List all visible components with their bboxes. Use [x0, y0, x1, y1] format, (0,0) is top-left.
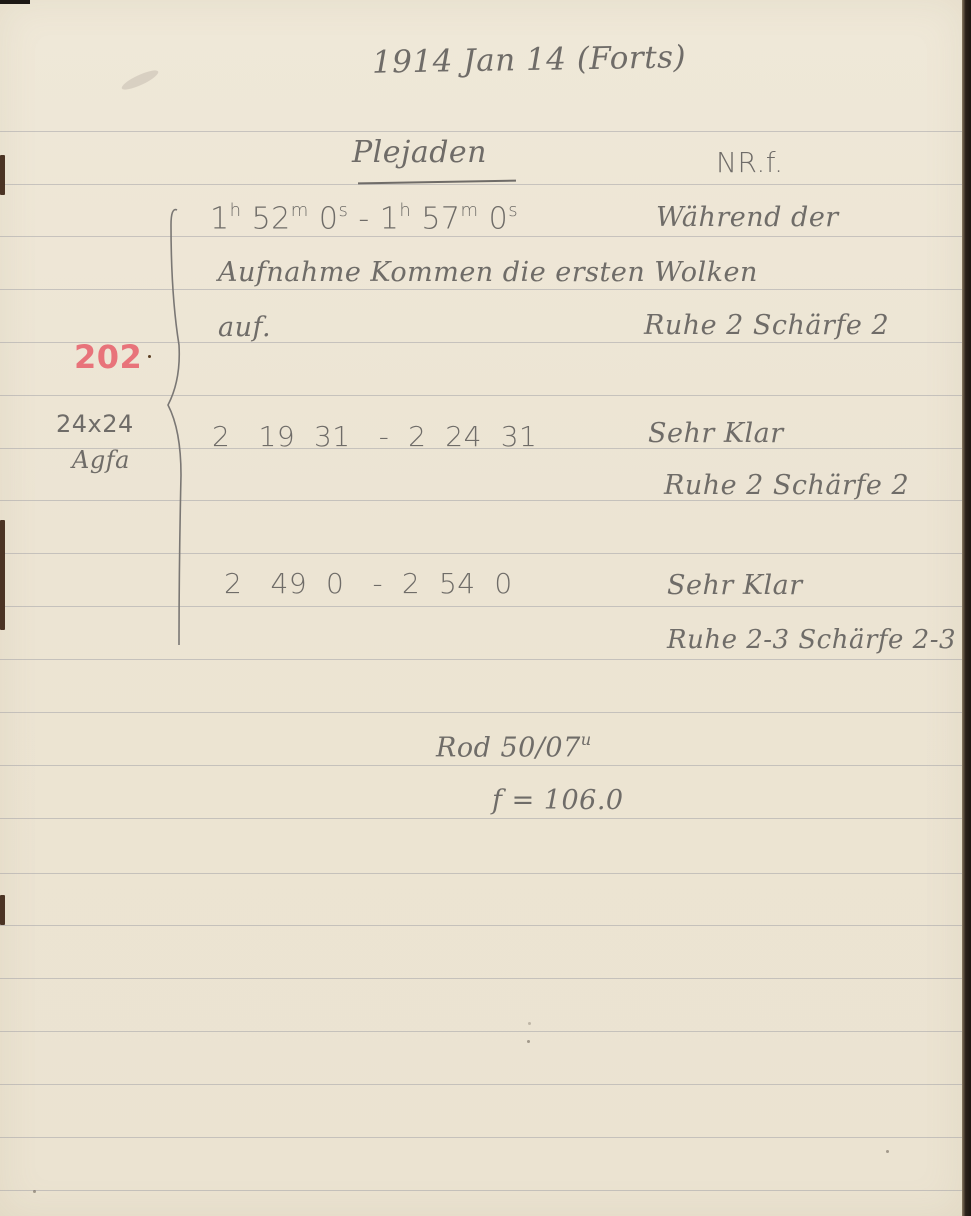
binding-stitch	[0, 155, 5, 195]
ruled-line	[0, 1137, 962, 1138]
page-corner-shadow	[0, 0, 30, 4]
exposure-1-note-line-1: Während der	[656, 202, 839, 233]
focus-value: f = 106.0	[492, 785, 624, 816]
ruled-line	[0, 289, 962, 290]
plate-size: 24x24	[56, 410, 134, 438]
notebook-page: 1914 Jan 14 (Forts) Plejaden NR.f. 202 2…	[0, 0, 962, 1216]
ruled-line	[0, 553, 962, 554]
paper-speck	[528, 1022, 531, 1025]
ruled-line	[0, 1190, 962, 1191]
ruled-line	[0, 1084, 962, 1085]
paper-speck	[33, 1190, 36, 1193]
exposure-1-note-line-3: auf.	[218, 312, 271, 343]
exposure-1-start-min: 52	[252, 202, 291, 237]
ruled-line	[0, 712, 962, 713]
paper-speck	[148, 355, 151, 358]
exposure-1-end-hour: 1	[380, 202, 400, 237]
paper-speck	[527, 1040, 530, 1043]
plate-number: 202	[74, 338, 142, 376]
page-heading: 1914 Jan 14 (Forts)	[372, 39, 687, 80]
rod-value: Rod 50/07	[436, 732, 581, 763]
exposure-3-quality: Ruhe 2-3 Schärfe 2-3	[667, 625, 956, 655]
exposure-1-note-line-2: Aufnahme Kommen die ersten Wolken	[218, 257, 758, 288]
exposure-1-time-range: 1h 52m 0s - 1h 57m 0s	[210, 200, 518, 237]
exposure-1-dash: -	[358, 202, 369, 237]
exposure-1-end-sec: 0	[489, 202, 509, 237]
ruled-line	[0, 659, 962, 660]
ruled-line	[0, 131, 962, 132]
rod-unit: u	[581, 730, 592, 749]
binding-stitch	[0, 520, 5, 630]
ruled-line	[0, 818, 962, 819]
exposure-1-start-hour: 1	[210, 202, 230, 237]
ruled-line	[0, 342, 962, 343]
curly-brace	[163, 205, 193, 650]
ruled-line	[0, 873, 962, 874]
exposure-3-time-range: 2 49 0 - 2 54 0	[224, 567, 513, 600]
exposure-1-end-min: 57	[421, 202, 460, 237]
ruled-line	[0, 978, 962, 979]
ruled-line	[0, 184, 962, 185]
binding-stitch	[0, 895, 5, 925]
exposure-3-note: Sehr Klar	[667, 570, 803, 601]
exposure-1-start-sec: 0	[319, 202, 339, 237]
exposure-2-time-range: 2 19 31 - 2 24 31	[212, 420, 537, 453]
pencil-smudge	[120, 67, 160, 93]
exposure-2-note: Sehr Klar	[648, 418, 784, 449]
ruled-line	[0, 395, 962, 396]
notebook-spine-edge	[962, 0, 971, 1216]
ruled-line	[0, 765, 962, 766]
exposure-1-quality: Ruhe 2 Schärfe 2	[644, 310, 889, 341]
plate-type: Agfa	[72, 446, 130, 474]
column-header: NR.f.	[716, 146, 784, 179]
ruled-line	[0, 1031, 962, 1032]
exposure-2-quality: Ruhe 2 Schärfe 2	[664, 470, 909, 501]
object-name: Plejaden	[352, 135, 487, 170]
ruled-line	[0, 606, 962, 607]
rod-reading: Rod 50/07u	[436, 730, 592, 763]
paper-speck	[886, 1150, 889, 1153]
ruled-line	[0, 925, 962, 926]
